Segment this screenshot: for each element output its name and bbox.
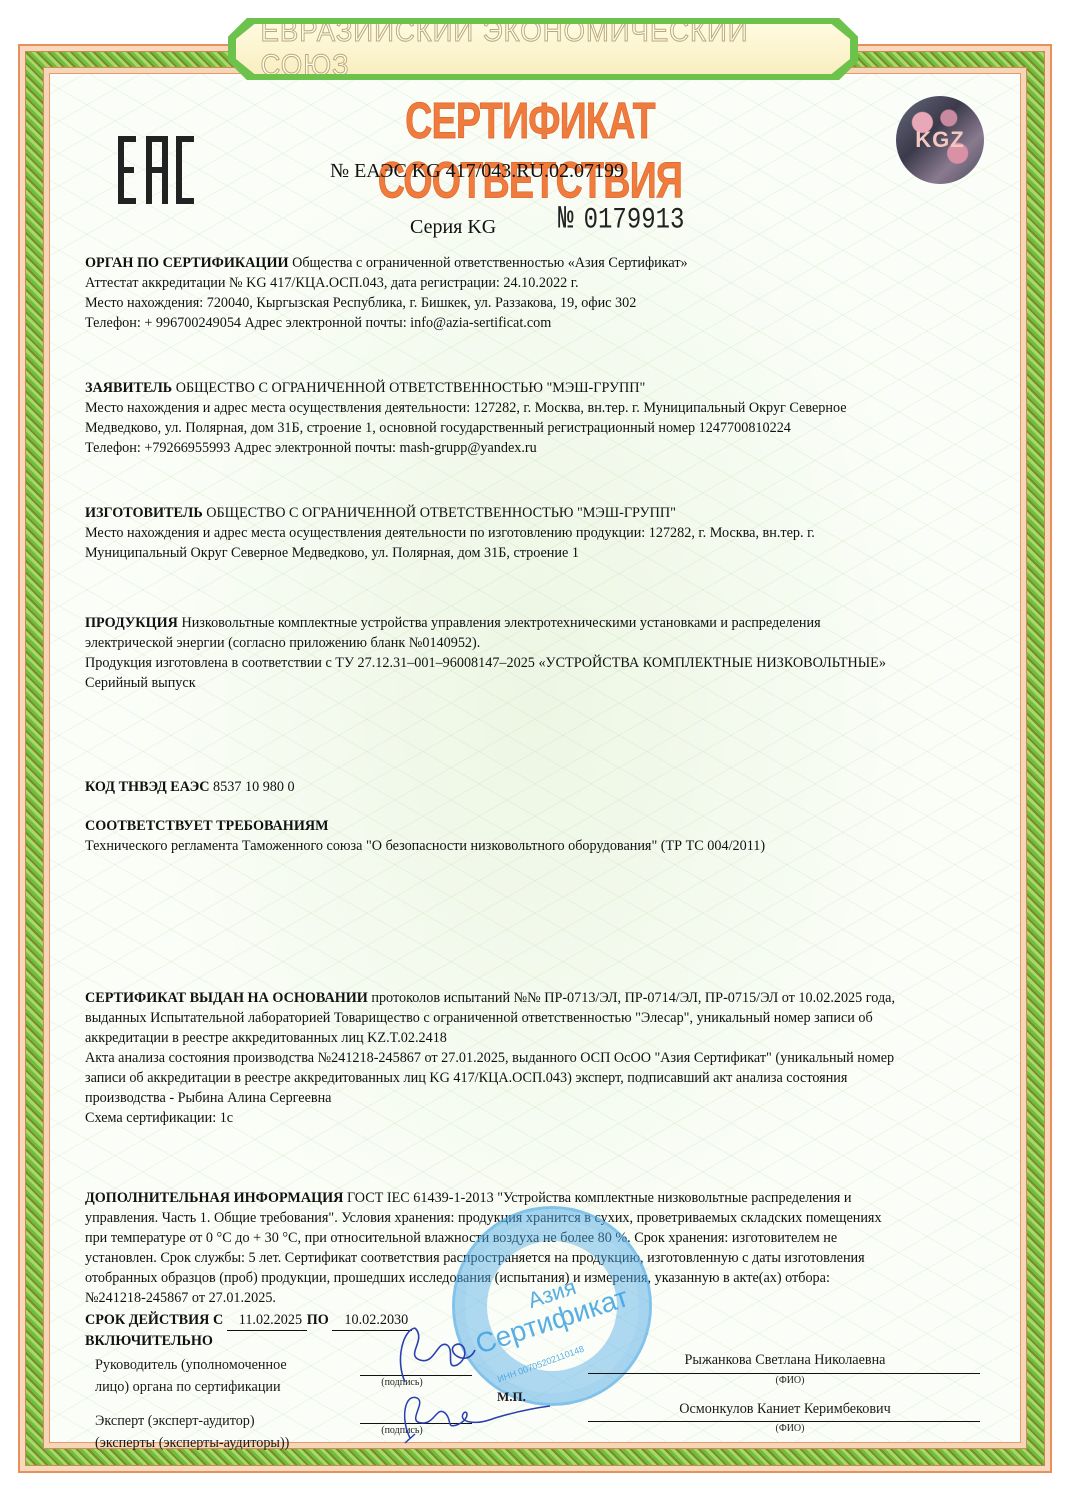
additional-line5: отобранных образцов (проб) продукции, пр…: [85, 1268, 1015, 1288]
certification-body-heading: ОРГАН ПО СЕРТИФИКАЦИИ: [85, 255, 289, 271]
hologram-sticker: KGZ: [896, 96, 984, 184]
product-line4: Серийный выпуск: [85, 673, 1015, 693]
additional-line6: №241218-245867 от 27.01.2025.: [85, 1288, 1015, 1308]
blank-number-label: №: [558, 200, 574, 238]
head-label-line2: лицо) органа по сертификации: [95, 1376, 287, 1398]
product-heading: ПРОДУКЦИЯ: [85, 615, 178, 631]
union-banner: ЕВРАЗИЙСКИЙ ЭКОНОМИЧЕСКИЙ СОЮЗ: [236, 24, 850, 74]
certification-body-address: Место нахождения: 720040, Кыргызская Рес…: [85, 293, 1015, 313]
basis-line5: записи об аккредитации в реестре аккреди…: [85, 1068, 1015, 1088]
certification-body-contacts: Телефон: + 996700249054 Адрес электронно…: [85, 313, 1015, 333]
expert-name-caption: (ФИО): [760, 1423, 820, 1434]
additional-line3: при температуре от 0 °С до + 30 °С, при …: [85, 1228, 1015, 1248]
union-banner-text: ЕВРАЗИЙСКИЙ ЭКОНОМИЧЕСКИЙ СОЮЗ: [261, 15, 826, 83]
blank-number-value: 0179913: [584, 204, 685, 238]
product-section: ПРОДУКЦИЯ Низковольтные комплектные устр…: [85, 613, 1015, 693]
tnved-code: 8537 10 980 0: [213, 779, 295, 795]
basis-line2: выданных Испытательной лабораторией Това…: [85, 1008, 1015, 1028]
tnved-heading: КОД ТНВЭД ЕАЭС: [85, 779, 210, 795]
validity-from-date: 11.02.2025: [227, 1310, 307, 1331]
basis-line6: производства - Рыбина Алина Сергеевна: [85, 1088, 1015, 1108]
basis-line7: Схема сертификации: 1с: [85, 1108, 1015, 1128]
basis-heading: СЕРТИФИКАТ ВЫДАН НА ОСНОВАНИИ: [85, 990, 368, 1006]
validity-inclusive: ВКЛЮЧИТЕЛЬНО: [85, 1333, 213, 1349]
expert-name: Осмонкулов Каниет Керимбекович: [590, 1401, 980, 1418]
validity-to-label: ПО: [307, 1312, 329, 1328]
product-line1: Низковольтные комплектные устройства упр…: [181, 615, 820, 631]
blank-number: №0179913: [558, 200, 684, 238]
validity-to-date: 10.02.2030: [332, 1310, 412, 1331]
expert-signature-caption: (подпись): [372, 1425, 432, 1436]
basis-section: СЕРТИФИКАТ ВЫДАН НА ОСНОВАНИИ протоколов…: [85, 988, 1015, 1128]
certificate-title: СЕРТИФИКАТ СООТВЕТСТВИЯ: [317, 91, 743, 210]
applicant-address-line1: Место нахождения и адрес места осуществл…: [85, 398, 1015, 418]
eac-logo-icon: [118, 136, 194, 204]
applicant-contacts: Телефон: +79266955993 Адрес электронной …: [85, 438, 1015, 458]
manufacturer-section: ИЗГОТОВИТЕЛЬ ОБЩЕСТВО С ОГРАНИЧЕННОЙ ОТВ…: [85, 503, 1015, 563]
requirements-section: СООТВЕТСТВУЕТ ТРЕБОВАНИЯМ Технического р…: [85, 816, 1015, 856]
expert-label: Эксперт (эксперт-аудитор) (эксперты (экс…: [95, 1410, 289, 1454]
head-name-caption: (ФИО): [760, 1375, 820, 1386]
product-line3: Продукция изготовлена в соответствии с Т…: [85, 653, 1015, 673]
expert-label-line1: Эксперт (эксперт-аудитор): [95, 1410, 289, 1432]
additional-line4: установлен. Срок службы: 5 лет. Сертифик…: [85, 1248, 1015, 1268]
certification-body-accreditation: Аттестат аккредитации № KG 417/КЦА.ОСП.0…: [85, 273, 1015, 293]
validity-from-label: СРОК ДЕЙСТВИЯ С: [85, 1312, 223, 1328]
additional-line2: управления. Часть 1. Общие требования". …: [85, 1208, 1015, 1228]
head-name-line: [588, 1373, 980, 1374]
head-name: Рыжанкова Светлана Николаевна: [590, 1352, 980, 1369]
manufacturer-address-line1: Место нахождения и адрес места осуществл…: [85, 523, 1015, 543]
certification-body-section: ОРГАН ПО СЕРТИФИКАЦИИ Общества с огранич…: [85, 253, 1015, 333]
additional-line1: ГОСТ IEC 61439-1-2013 "Устройства компле…: [347, 1190, 852, 1206]
additional-info-heading: ДОПОЛНИТЕЛЬНАЯ ИНФОРМАЦИЯ: [85, 1190, 343, 1206]
applicant-heading: ЗАЯВИТЕЛЬ: [85, 380, 172, 396]
expert-name-line: [588, 1421, 980, 1422]
certificate-number: № ЕАЭС KG 417/043.RU.02.07199: [330, 160, 624, 183]
manufacturer-name: ОБЩЕСТВО С ОГРАНИЧЕННОЙ ОТВЕТСТВЕННОСТЬЮ…: [206, 505, 676, 521]
requirements-heading: СООТВЕТСТВУЕТ ТРЕБОВАНИЯМ: [85, 818, 329, 834]
basis-line1: протоколов испытаний №№ ПР-0713/ЭЛ, ПР-0…: [371, 990, 895, 1006]
expert-signature-line: [360, 1423, 472, 1424]
expert-label-line2: (эксперты (эксперты-аудиторы)): [95, 1432, 289, 1454]
manufacturer-address-line2: Муниципальный Округ Северное Медведково,…: [85, 543, 1015, 563]
certification-body-name: Общества с ограниченной ответственностью…: [292, 255, 688, 271]
hologram-text: KGZ: [915, 127, 964, 153]
additional-info-section: ДОПОЛНИТЕЛЬНАЯ ИНФОРМАЦИЯ ГОСТ IEC 61439…: [85, 1188, 1015, 1308]
applicant-section: ЗАЯВИТЕЛЬ ОБЩЕСТВО С ОГРАНИЧЕННОЙ ОТВЕТС…: [85, 378, 1015, 458]
requirements-text: Технического регламента Таможенного союз…: [85, 836, 1015, 856]
seal-place-label: М.П.: [497, 1389, 526, 1405]
product-line2: электрической энергии (согласно приложен…: [85, 633, 1015, 653]
head-signature-line: [360, 1375, 472, 1376]
applicant-address-line2: Медведково, ул. Полярная, дом 31Б, строе…: [85, 418, 1015, 438]
applicant-name: ОБЩЕСТВО С ОГРАНИЧЕННОЙ ОТВЕТСТВЕННОСТЬЮ…: [176, 380, 646, 396]
head-label: Руководитель (уполномоченное лицо) орган…: [95, 1354, 287, 1398]
head-label-line1: Руководитель (уполномоченное: [95, 1354, 287, 1376]
basis-line4: Акта анализа состояния производства №241…: [85, 1048, 1015, 1068]
validity-section: СРОК ДЕЙСТВИЯ С 11.02.2025ПО 10.02.2030 …: [85, 1310, 412, 1351]
tnved-section: КОД ТНВЭД ЕАЭС 8537 10 980 0: [85, 777, 1015, 797]
basis-line3: аккредитации в реестре аккредитованных л…: [85, 1028, 1015, 1048]
manufacturer-heading: ИЗГОТОВИТЕЛЬ: [85, 505, 203, 521]
head-signature-caption: (подпись): [372, 1377, 432, 1388]
certificate-series: Серия KG: [410, 216, 496, 239]
